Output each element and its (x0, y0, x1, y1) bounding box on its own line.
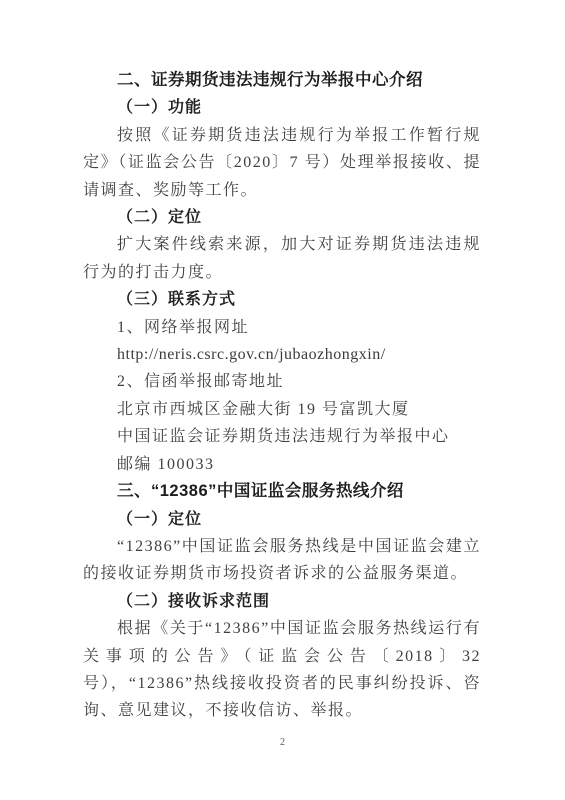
paragraph-mail-address-recipient: 中国证监会证券期货违法违规行为举报中心 (83, 423, 481, 450)
paragraph-postal-code: 邮编 100033 (83, 451, 481, 478)
subsection-heading-positioning: （二）定位 (83, 204, 481, 231)
document-content: 二、证券期货违法违规行为举报中心介绍 （一）功能 按照《证券期货违法违规行为举报… (83, 67, 481, 725)
section-heading-hotline: 三、“12386”中国证监会服务热线介绍 (83, 478, 481, 505)
paragraph-hotline-positioning-body: “12386”中国证监会服务热线是中国证监会建立的接收证券期货市场投资者诉求的公… (83, 533, 481, 588)
paragraph-mail-report-label: 2、信函举报邮寄地址 (83, 368, 481, 395)
subsection-heading-function: （一）功能 (83, 94, 481, 121)
paragraph-accepted-scope-body: 根据《关于“12386”中国证监会服务热线运行有关事项的公告》（证监会公告〔20… (83, 615, 481, 725)
paragraph-function-body: 按照《证券期货违法违规行为举报工作暂行规定》（证监会公告〔2020〕7 号）处理… (83, 122, 481, 204)
section-heading-reporting-center: 二、证券期货违法违规行为举报中心介绍 (83, 67, 481, 94)
document-page: 二、证券期货违法违规行为举报中心介绍 （一）功能 按照《证券期货违法违规行为举报… (0, 0, 565, 800)
subsection-heading-accepted-scope: （二）接收诉求范围 (83, 588, 481, 615)
subsection-heading-hotline-positioning: （一）定位 (83, 506, 481, 533)
paragraph-web-report-label: 1、网络举报网址 (83, 314, 481, 341)
page-number: 2 (0, 737, 565, 748)
report-website-url: http://neris.csrc.gov.cn/jubaozhongxin/ (83, 341, 481, 368)
subsection-heading-contact: （三）联系方式 (83, 286, 481, 313)
paragraph-positioning-body: 扩大案件线索来源，加大对证券期货违法违规行为的打击力度。 (83, 231, 481, 286)
paragraph-mail-address-street: 北京市西城区金融大街 19 号富凯大厦 (83, 396, 481, 423)
